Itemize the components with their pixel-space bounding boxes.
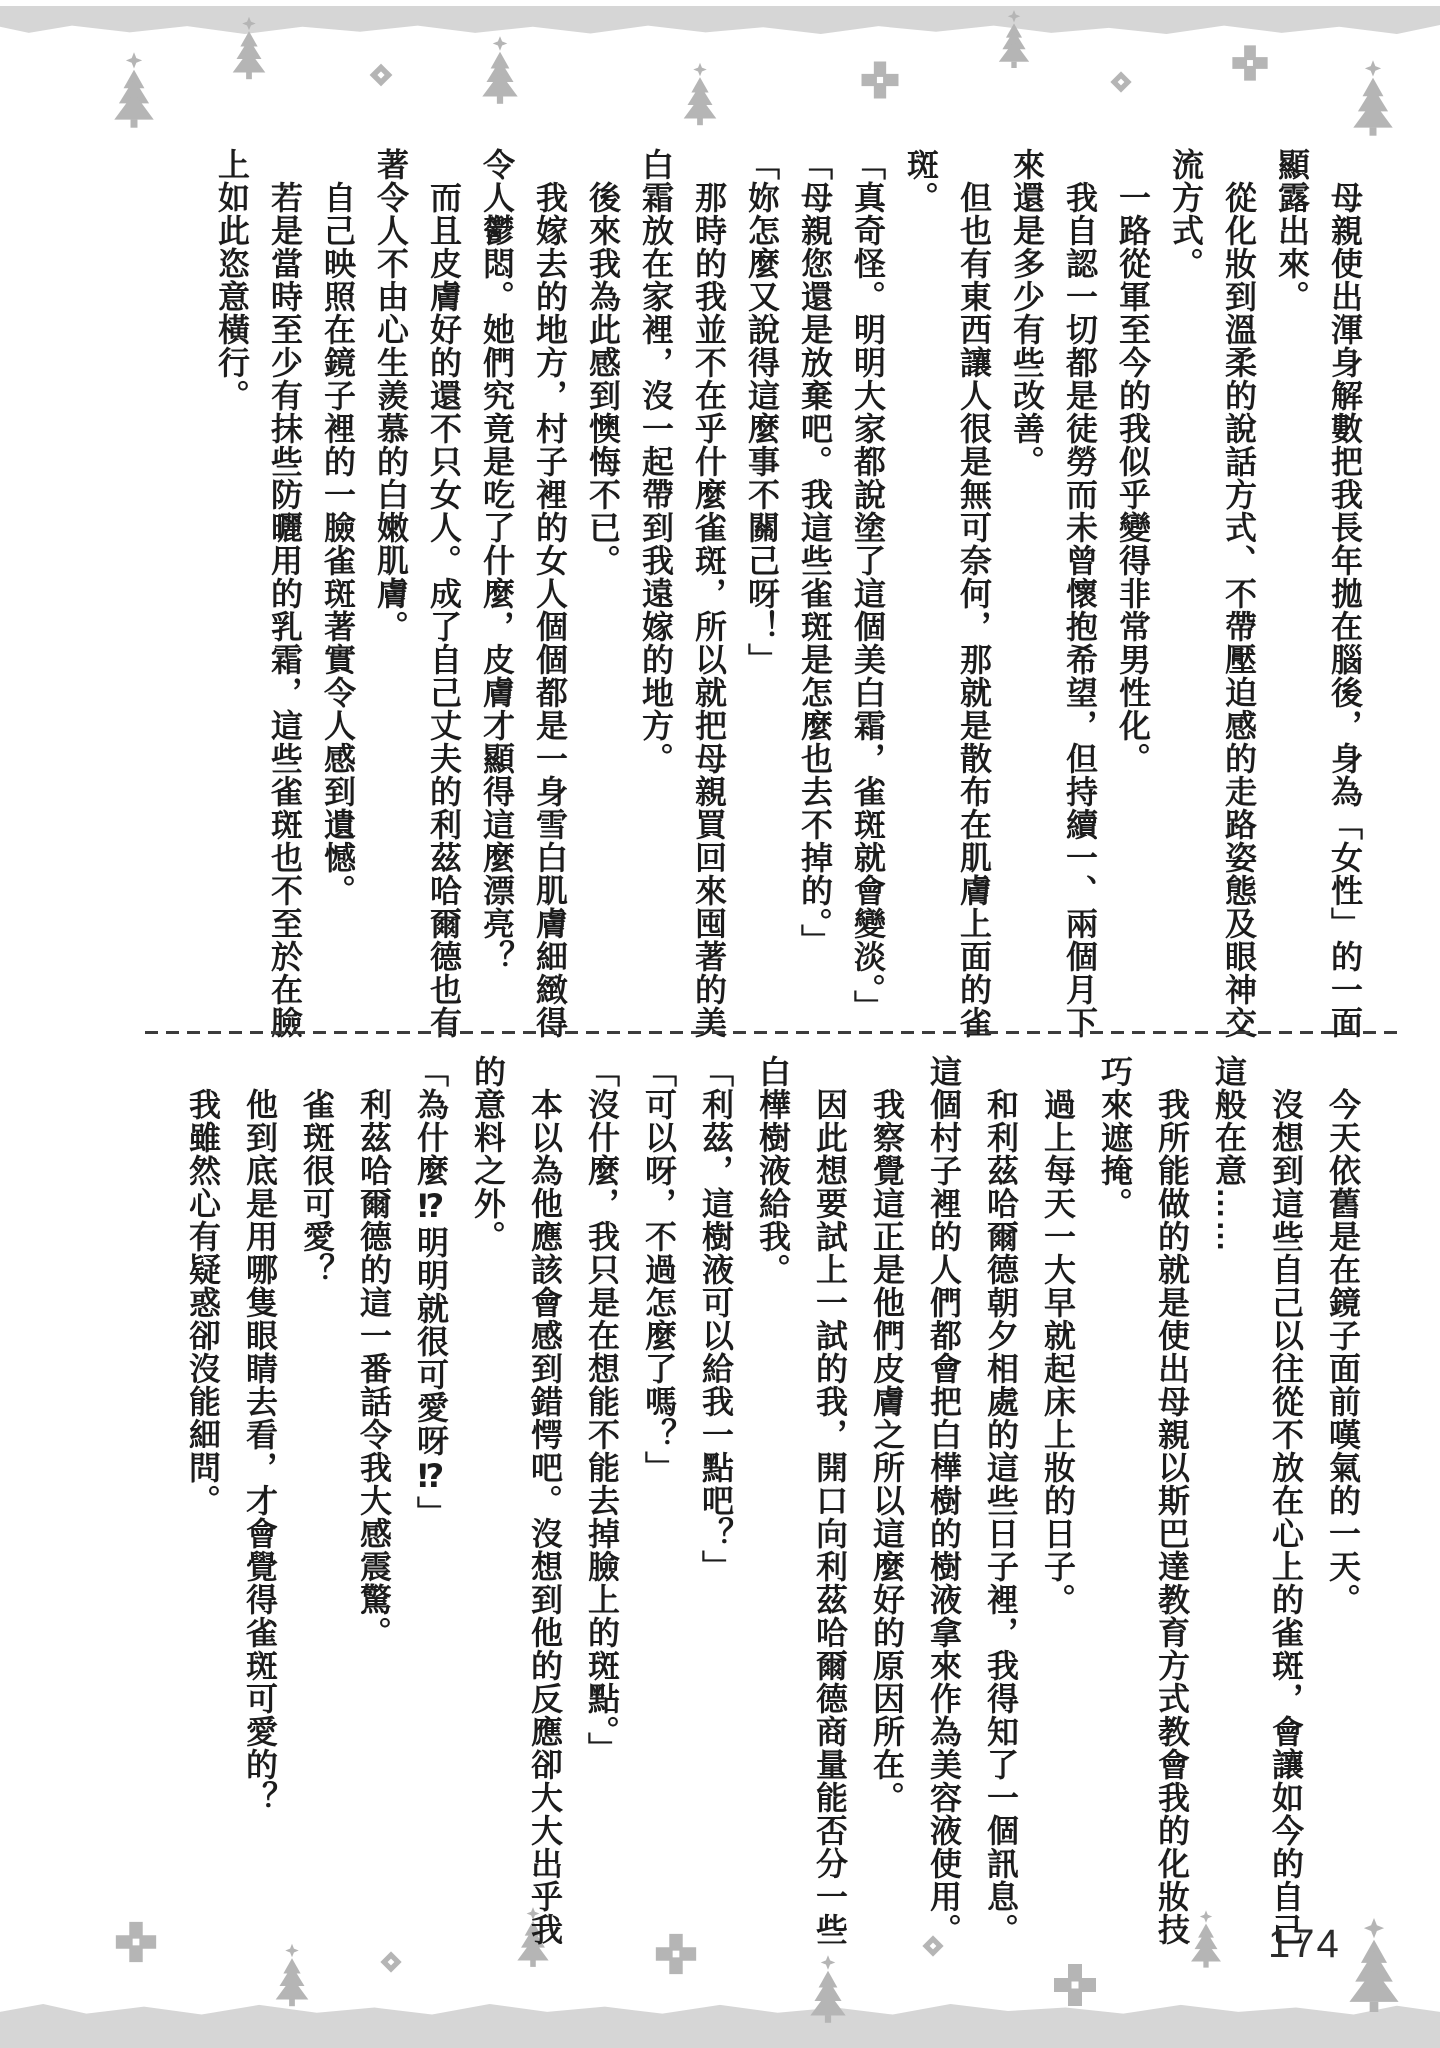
text-column: 從化妝到溫柔的說話方式、不帶壓迫感的走路姿態及眼神交: [1212, 148, 1265, 1043]
text-column: 我所能做的就是使出母親以斯巴達教育方式教會我的化妝技: [1143, 1055, 1200, 1950]
text-column: 「可以呀，不過怎麼了嗎？」: [630, 1055, 687, 1950]
text-column: 巧來遮掩。: [1086, 1055, 1143, 1950]
text-column: 「真奇怪。明明大家都說塗了這個美白霜，雀斑就會變淡。」: [841, 148, 894, 1043]
text-column: 因此想要試上一試的我，開口向利茲哈爾德商量能否分一些: [801, 1055, 858, 1950]
text-column: 今天依舊是在鏡子面前嘆氣的一天。: [1314, 1055, 1371, 1950]
text-column: 的意料之外。: [459, 1055, 516, 1950]
pixel-diamond-icon: [372, 1948, 410, 1976]
pixel-tree-icon: [474, 28, 526, 112]
text-column: 著令人不由心生羨慕的白嫩肌膚。: [364, 148, 417, 1043]
torn-paper-band-top: [0, 6, 1440, 34]
pixel-cross-flower-icon: [110, 1918, 162, 1966]
pixel-tree-icon: [988, 10, 1040, 68]
text-column: 「利茲，這樹液可以給我一點吧？」: [687, 1055, 744, 1950]
pixel-cross-flower-icon: [852, 58, 908, 102]
text-column: 但也有東西讓人很是無可奈何，那就是散布在肌膚上面的雀: [947, 148, 1000, 1043]
pixel-tree-icon: [802, 1944, 854, 2034]
text-column: 斑。: [894, 148, 947, 1043]
pixel-tree-icon: [676, 60, 724, 128]
pixel-diamond-icon: [362, 60, 400, 90]
text-column: 利茲哈爾德的這一番話令我大感震驚。: [345, 1055, 402, 1950]
text-column: 白霜放在家裡，沒一起帶到我遠嫁的地方。: [629, 148, 682, 1043]
text-column: 本以為他應該會感到錯愕吧。沒想到他的反應卻大大出乎我: [516, 1055, 573, 1950]
text-column: 他到底是用哪隻眼睛去看，才會覺得雀斑可愛的？: [231, 1055, 288, 1950]
text-column: 而且皮膚好的還不只女人。成了自己丈夫的利茲哈爾德也有: [417, 148, 470, 1043]
pixel-cross-flower-icon: [1224, 42, 1276, 84]
text-column: 我雖然心有疑惑卻沒能細問。: [174, 1055, 231, 1950]
text-column: 上如此恣意橫行。: [205, 148, 258, 1043]
text-column: 顯露出來。: [1265, 148, 1318, 1043]
text-column: 令人鬱悶。她們究竟是吃了什麼，皮膚才顯得這麼漂亮？: [470, 148, 523, 1043]
pixel-diamond-icon: [1104, 68, 1138, 96]
text-column: 和利茲哈爾德朝夕相處的這些日子裡，我得知了一個訊息。: [972, 1055, 1029, 1950]
pixel-cross-flower-icon: [1050, 1960, 1100, 2010]
text-column: 我嫁去的地方，村子裡的女人個個都是一身雪白肌膚細緻得: [523, 148, 576, 1043]
pixel-tree-icon: [1344, 58, 1402, 138]
text-column: 那時的我並不在乎什麼雀斑，所以就把母親買回來囤著的美: [682, 148, 735, 1043]
text-column: 我察覺這正是他們皮膚之所以這麼好的原因所在。: [858, 1055, 915, 1950]
book-page: 母親使出渾身解數把我長年拋在腦後，身為「女性」的一面 顯露出來。 從化妝到溫柔的…: [0, 0, 1440, 2048]
bottom-text-block: 今天依舊是在鏡子面前嘆氣的一天。 沒想到這些自己以往從不放在心上的雀斑，會讓如今…: [174, 1055, 1371, 1950]
text-column: 流方式。: [1159, 148, 1212, 1043]
page-number: 174: [1268, 1922, 1341, 1967]
text-column: 沒想到這些自己以往從不放在心上的雀斑，會讓如今的自己: [1257, 1055, 1314, 1950]
torn-paper-band-bottom: [0, 2004, 1440, 2048]
text-column: 過上每天一大早就起床上妝的日子。: [1029, 1055, 1086, 1950]
text-column: 母親使出渾身解數把我長年拋在腦後，身為「女性」的一面: [1318, 148, 1371, 1043]
text-column: 「為什麼⁉明明就很可愛呀⁉」: [402, 1055, 459, 1950]
text-column: 後來我為此感到懊悔不已。: [576, 148, 629, 1043]
text-column: 「妳怎麼又說得這麼事不關己呀！」: [735, 148, 788, 1043]
text-column: 白樺樹液給我。: [744, 1055, 801, 1950]
text-column: 這般在意……: [1200, 1055, 1257, 1950]
text-column: 來還是多少有些改善。: [1000, 148, 1053, 1043]
text-column: 「母親您還是放棄吧。我這些雀斑是怎麼也去不掉的。」: [788, 148, 841, 1043]
dashed-section-divider: [145, 1031, 1400, 1034]
text-column: 這個村子裡的人們都會把白樺樹的樹液拿來作為美容液使用。: [915, 1055, 972, 1950]
text-column: 「沒什麼，我只是在想能不能去掉臉上的斑點。」: [573, 1055, 630, 1950]
pixel-tree-icon: [225, 14, 273, 82]
text-column: 自己映照在鏡子裡的一臉雀斑著實令人感到遺憾。: [311, 148, 364, 1043]
text-column: 我自認一切都是徒勞而未曾懷抱希望，但持續一、兩個月下: [1053, 148, 1106, 1043]
text-column: 一路從軍至今的我似乎變得非常男性化。: [1106, 148, 1159, 1043]
text-column: 雀斑很可愛？: [288, 1055, 345, 1950]
top-text-block: 母親使出渾身解數把我長年拋在腦後，身為「女性」的一面 顯露出來。 從化妝到溫柔的…: [205, 148, 1371, 1043]
pixel-tree-icon: [105, 44, 163, 136]
text-column: 若是當時至少有抹些防曬用的乳霜，這些雀斑也不至於在臉: [258, 148, 311, 1043]
